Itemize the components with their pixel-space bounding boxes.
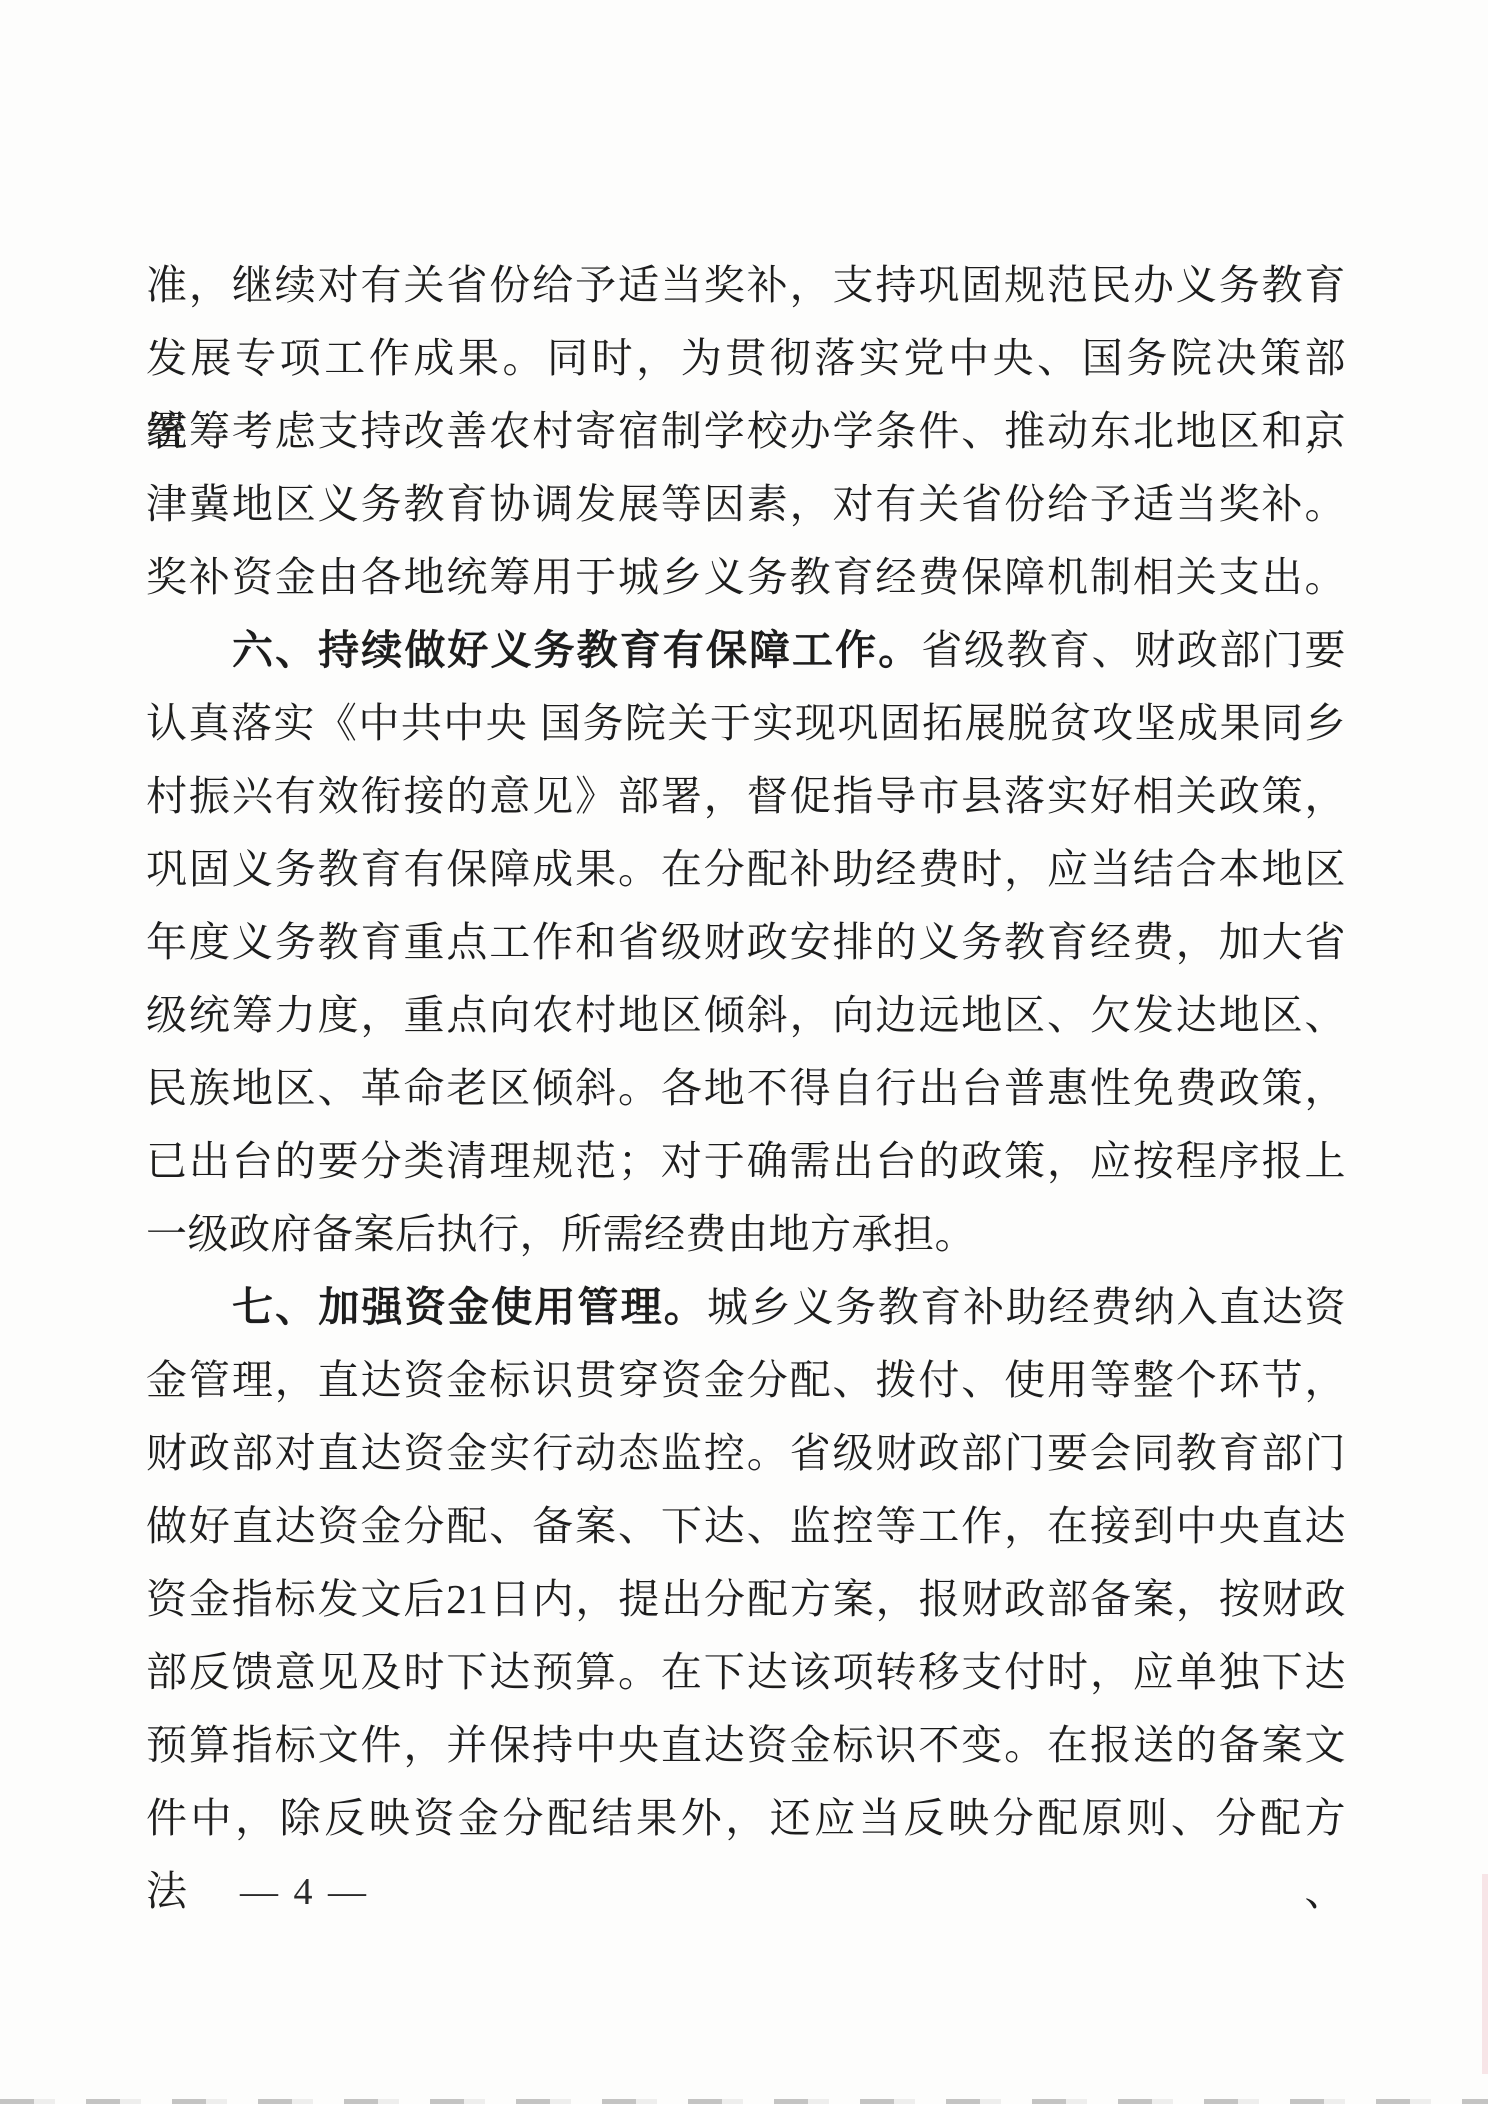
- document-body: 准，继续对有关省份给予适当奖补，支持巩固规范民办义务教育发展专项工作成果。同时，…: [146, 249, 1346, 1855]
- text-line: 村振兴有效衔接的意见》部署，督促指导市县落实好相关政策，: [146, 760, 1346, 833]
- text-line: 部反馈意见及时下达预算。在下达该项转移支付时，应单独下达: [146, 1636, 1346, 1709]
- text-line: 巩固义务教育有保障成果。在分配补助经费时，应当结合本地区: [146, 833, 1346, 906]
- text-line: 民族地区、革命老区倾斜。各地不得自行出台普惠性免费政策，: [146, 1052, 1346, 1125]
- text-line: 资金指标发文后21日内，提出分配方案，报财政部备案，按财政: [146, 1563, 1346, 1636]
- text-line: 六、持续做好义务教育有保障工作。省级教育、财政部门要: [146, 614, 1346, 687]
- text-line: 七、加强资金使用管理。城乡义务教育补助经费纳入直达资: [146, 1271, 1346, 1344]
- text-line: 件中，除反映资金分配结果外，还应当反映分配原则、分配方法、: [146, 1782, 1346, 1855]
- scan-artifact-right-edge: [1482, 1874, 1488, 2074]
- page-number: — 4 —: [240, 1872, 369, 1912]
- text-line-rest: 城乡义务教育补助经费纳入直达资: [707, 1284, 1346, 1330]
- text-line: 统筹考虑支持改善农村寄宿制学校办学条件、推动东北地区和京: [146, 395, 1346, 468]
- text-line: 发展专项工作成果。同时，为贯彻落实党中央、国务院决策部署，: [146, 322, 1346, 395]
- text-line: 认真落实《中共中央 国务院关于实现巩固拓展脱贫攻坚成果同乡: [146, 687, 1346, 760]
- text-line: 津冀地区义务教育协调发展等因素，对有关省份给予适当奖补。: [146, 468, 1346, 541]
- text-line: 金管理，直达资金标识贯穿资金分配、拨付、使用等整个环节，: [146, 1344, 1346, 1417]
- text-line-rest: 省级教育、财政部门要: [921, 627, 1346, 673]
- text-line: 已出台的要分类清理规范；对于确需出台的政策，应按程序报上: [146, 1125, 1346, 1198]
- document-page: 准，继续对有关省份给予适当奖补，支持巩固规范民办义务教育发展专项工作成果。同时，…: [0, 0, 1488, 2104]
- text-line: 年度义务教育重点工作和省级财政安排的义务教育经费，加大省: [146, 906, 1346, 979]
- text-line: 级统筹力度，重点向农村地区倾斜，向边远地区、欠发达地区、: [146, 979, 1346, 1052]
- scan-artifact-bottom-edge: [0, 2099, 1488, 2104]
- text-line: 奖补资金由各地统筹用于城乡义务教育经费保障机制相关支出。: [146, 541, 1346, 614]
- text-line: 一级政府备案后执行，所需经费由地方承担。: [146, 1198, 1346, 1271]
- section-heading: 七、加强资金使用管理。: [232, 1284, 707, 1330]
- text-line: 财政部对直达资金实行动态监控。省级财政部门要会同教育部门: [146, 1417, 1346, 1490]
- text-line: 准，继续对有关省份给予适当奖补，支持巩固规范民办义务教育: [146, 249, 1346, 322]
- section-heading: 六、持续做好义务教育有保障工作。: [232, 627, 921, 673]
- text-line: 预算指标文件，并保持中央直达资金标识不变。在报送的备案文: [146, 1709, 1346, 1782]
- text-line: 做好直达资金分配、备案、下达、监控等工作，在接到中央直达: [146, 1490, 1346, 1563]
